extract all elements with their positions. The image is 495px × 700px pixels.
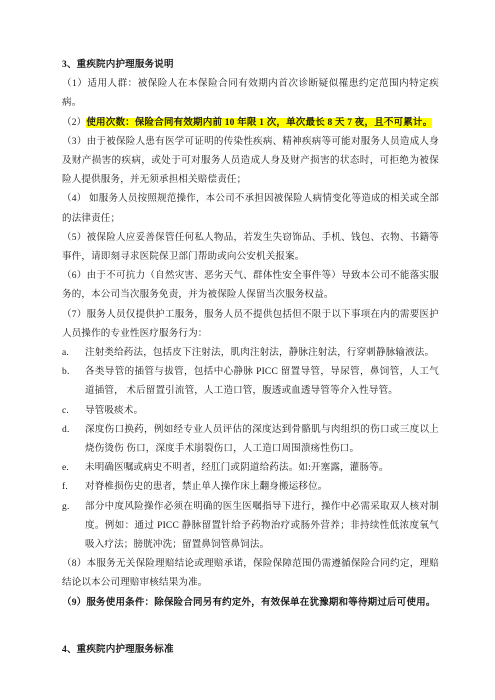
list-marker-f: f. bbox=[62, 478, 85, 497]
clause-8: （8）本服务无关保险理赔结论或理赔承诺，保险保障范围仍需遵循保险合同约定，理赔结… bbox=[62, 555, 439, 593]
clause-2-highlighted-text: 使用次数：保险合同有效期内前 10 年限 1 次，单次最长 8 天 7 夜，且不… bbox=[86, 118, 432, 128]
list-marker-a: a. bbox=[62, 344, 85, 363]
clause-7: （7）服务人员仅提供护工服务，服务人员不提供包括但不限于以下事项在内的需要医护人… bbox=[62, 306, 439, 344]
list-marker-d: d. bbox=[62, 421, 85, 459]
list-text-f: 对脊椎损伤史的患者，禁止单人操作床上翻身搬运移位。 bbox=[85, 478, 439, 497]
clause-6: （6）由于不可抗力（自然灾害、恶劣天气、群体性安全事件等）导致本公司不能落实服务… bbox=[62, 267, 439, 305]
list-text-a: 注射类给药法，包括皮下注射法，肌肉注射法，静脉注射法，行穿刺静脉输液法。 bbox=[85, 344, 439, 363]
list-item-c: c. 导管吸痰术。 bbox=[62, 402, 439, 421]
list-text-c: 导管吸痰术。 bbox=[85, 402, 439, 421]
list-item-b: b. 各类导管的插管与拔管，包括中心静脉 PICC 留置导管，导尿管，鼻饲管，人… bbox=[62, 363, 439, 401]
list-text-e: 未明确医嘱或病史不明者，经肛门或阴道给药法。如:开塞露，灌肠等。 bbox=[85, 459, 439, 478]
section-gap bbox=[62, 613, 439, 641]
list-marker-e: e. bbox=[62, 459, 85, 478]
clause-4: （4） 如服务人员按照规范操作，本公司不承担因被保险人病情变化等造成的相关或全部… bbox=[62, 190, 439, 228]
list-item-g: g. 部分中度风险操作必须在明确的医生医嘱指导下进行，操作中必需采取双人核对制度… bbox=[62, 498, 439, 556]
list-item-e: e. 未明确医嘱或病史不明者，经肛门或阴道给药法。如:开塞露，灌肠等。 bbox=[62, 459, 439, 478]
clause-3: （3）由于被保险人患有医学可证明的传染性疾病、精神疾病等可能对服务人员造成人身及… bbox=[62, 133, 439, 191]
clause-2-prefix: （2） bbox=[62, 118, 86, 128]
list-marker-c: c. bbox=[62, 402, 85, 421]
clause-5: （5）被保险人应妥善保管任何私人物品，若发生失窃饰品、手机、钱包、衣物、书籍等事… bbox=[62, 229, 439, 267]
clause-2: （2）使用次数：保险合同有效期内前 10 年限 1 次，单次最长 8 天 7 夜… bbox=[62, 114, 439, 133]
list-item-a: a. 注射类给药法，包括皮下注射法，肌肉注射法，静脉注射法，行穿刺静脉输液法。 bbox=[62, 344, 439, 363]
document-page: 3、重疾院内护理服务说明 （1）适用人群：被保险人在本保险合同有效期内首次诊断疑… bbox=[0, 0, 495, 700]
section4-heading: 4、重疾院内护理服务标准 bbox=[62, 641, 439, 660]
list-item-d: d. 深度伤口换药，例如经专业人员评估的深度达到骨骼肌与肉组织的伤口或三度以上烧… bbox=[62, 421, 439, 459]
list-text-g: 部分中度风险操作必须在明确的医生医嘱指导下进行，操作中必需采取双人核对制度。例如… bbox=[85, 498, 439, 556]
clause-1: （1）适用人群：被保险人在本保险合同有效期内首次诊断疑似罹患约定范围内特定疾病。 bbox=[62, 75, 439, 113]
clause-9: （9）服务使用条件：除保险合同另有约定外，有效保单在犹豫期和等待期过后可使用。 bbox=[62, 594, 439, 613]
list-marker-g: g. bbox=[62, 498, 85, 556]
list-item-f: f. 对脊椎损伤史的患者，禁止单人操作床上翻身搬运移位。 bbox=[62, 478, 439, 497]
document-body: 3、重疾院内护理服务说明 （1）适用人群：被保险人在本保险合同有效期内首次诊断疑… bbox=[62, 56, 439, 660]
list-text-b: 各类导管的插管与拔管，包括中心静脉 PICC 留置导管，导尿管，鼻饲管，人工气道… bbox=[85, 363, 439, 401]
list-text-d: 深度伤口换药，例如经专业人员评估的深度达到骨骼肌与肉组织的伤口或三度以上烧伤烫伤… bbox=[85, 421, 439, 459]
list-marker-b: b. bbox=[62, 363, 85, 401]
section3-heading: 3、重疾院内护理服务说明 bbox=[62, 56, 439, 75]
